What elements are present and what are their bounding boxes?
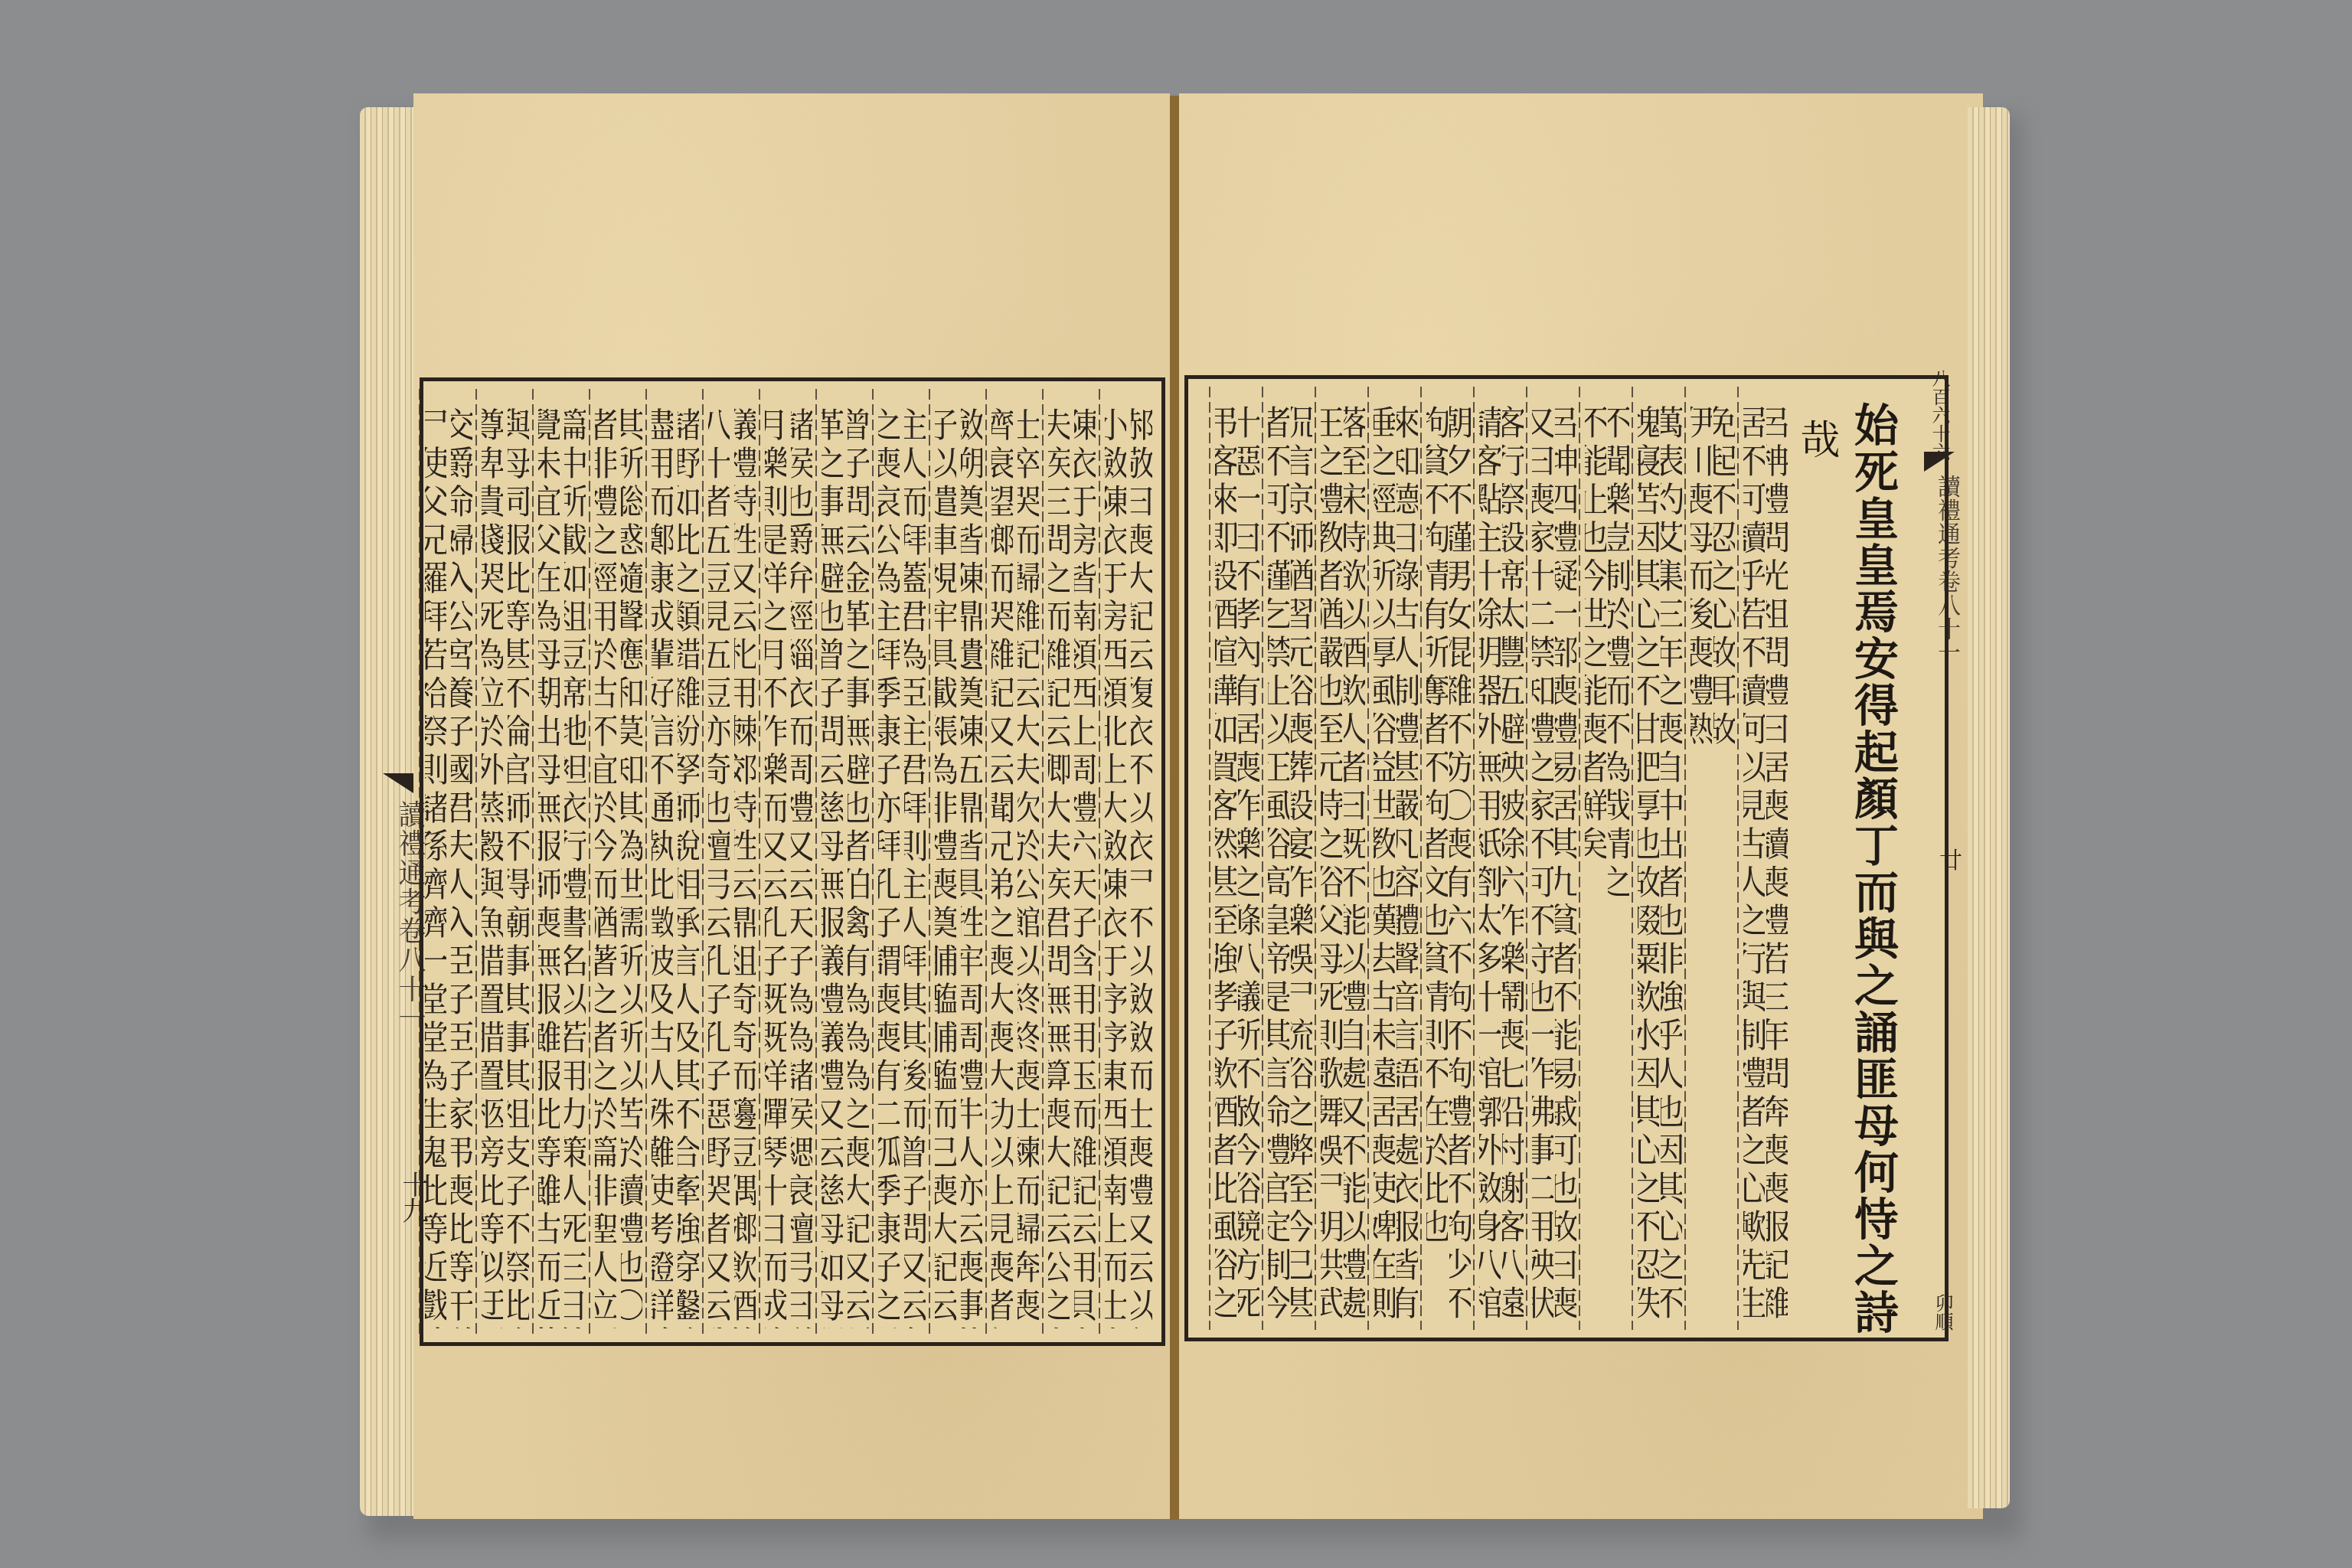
column-left-line: 八十者五豆見五豆亦奇也檀弓云孔子孔子惡野哭者又云孔子哭伯高曰吾哭 — [708, 407, 730, 1328]
book-spine — [1170, 96, 1179, 1520]
column-left-line: 盡用而鄭康成輩好信不通執此徵彼及古人殊難使考證詳確古今異宜亦難 — [652, 407, 673, 1328]
text-column: 諸野如此之類錯雜紛孥師說相承言人及其不合牽強穿鑿誇張自出初學為盡用而鄭康成輩好信… — [652, 407, 699, 1328]
column-rule — [1684, 387, 1686, 1330]
column-rule — [1262, 387, 1263, 1330]
column-right-line: 落至宋時欲以酒飲人者曰既不能以禮自處又不能以禮處人則宋世守先 — [1344, 405, 1365, 1324]
column-rule — [1367, 387, 1369, 1330]
text-column: 主人而拜蓋君為臣主君拜則主人拜其其後而曾子問又云衛靈公弔季桓子之喪哀公為主拜季康… — [878, 407, 926, 1328]
column-right-line: 主人而拜蓋君為臣主君拜則主人拜其其後而曾子問又云衛靈公弔季桓子 — [904, 407, 926, 1328]
column-left-line: 不能止也今世之能喪者鮮矣 — [1585, 405, 1606, 1324]
text-column: 來知德日錄古人制禮甚嚴凡容體聲音言語居處衣服皆有一定之制昭然垂之經典所以厚風俗益… — [1374, 405, 1418, 1324]
column-rule — [475, 389, 477, 1334]
column-left-line: 者不可不謹乞禁止以正風俗高皇帝是其言命禮官定制今載之太明律中 — [1268, 405, 1289, 1324]
column-rule — [1099, 389, 1100, 1334]
poem-line: 始死皇皇焉安得起顏丁而與之誦匪母何恃之詩 — [1841, 402, 1905, 1336]
text-column: 曾子問云金革之事無避也者伯禽有為為為之喪大記又云既卒哭弁絰帶金革之事無避也曾子問… — [822, 407, 869, 1328]
column-rule — [645, 389, 647, 1334]
column-left-line: 居不可讀乎若不讀何以見古人之行與制禮者之心歟先生曰孝子讀此未 — [1743, 405, 1765, 1324]
column-right-line: 呂坤四禮疑一部喪禮易居其九貧者不能易戚可也故曰喪致乎哀而止〇 — [1555, 405, 1576, 1324]
column-right-line: 來知德日錄古人制禮甚嚴凡容體聲音言語居處衣服皆有一定之制昭然 — [1396, 405, 1418, 1324]
text-column: 不聞樂豈制於禮而不為哉情之不能止也今世之能喪者鮮矣 — [1585, 405, 1629, 1324]
column-right-line: 士卒哭而歸雜記云大夫次於公館以終終喪士練而歸奔喪云大功望門而哭 — [1018, 407, 1039, 1328]
column-right-line: 篇中所載如俎豆席地袒衣行禮書名以若用力策人死三日斂之類古人用之今 — [564, 407, 586, 1328]
column-left-line: 覺未宜父在為母期出母無服師喪無服雖服此等雖古而近薄父母為子斬衰妻 — [538, 407, 560, 1328]
column-right-line: 曾子問云金革之事無避也者伯禽有為為為之喪大記又云既卒哭弁絰帶金 — [848, 407, 869, 1328]
column-rule — [872, 389, 874, 1334]
column-right-line: 諸侯也爵弁經緇衣而周禮又云天子為為諸侯緦衰檀弓曰祥而縞是月禫徙 — [791, 407, 812, 1328]
left-margin-page-number: 十九 — [394, 1171, 432, 1223]
column-right-line: 與母同服此等甚不倫官師不得廟事其事其祖支子不祭此等非人情杖不杖視 — [508, 407, 529, 1328]
column-rule — [929, 389, 930, 1334]
column-rule — [532, 389, 534, 1334]
column-left-line: 革之事無避也曾子問云慈母無服儀禮儀禮又云慈母如母服檀弓云天子之哭 — [822, 407, 843, 1328]
column-right-line: 呂柟禮問光祖問禮曰居喪讀喪禮若三年問奔喪喪服記雜記問傳諸篇乎 — [1766, 405, 1788, 1324]
left-page-text-columns: 郝敬曰喪大記云復衣不以衣尸不以斂斂而士喪禮又云以衣尸喪大記云士小斂陳衣于房西領北… — [423, 381, 1161, 1342]
poem-continuation: 哉 — [1788, 419, 1845, 466]
column-rule — [985, 389, 987, 1334]
column-left-line: 子以遣車視牢具載粻為非禮喪奠脯醢脯醢而已喪大記云四鄰賓客弔其君後 — [935, 407, 956, 1328]
text-column: 斂朔奠皆陳鼎遺奠陳五鼎皆具牲牢周周禮牛人亦云喪事共奠牛而雜記有子以遣車視牢具載粻… — [935, 407, 982, 1328]
right-margin-title: 讀禮通考卷八十一 — [1929, 475, 1963, 665]
column-rule — [1315, 387, 1316, 1330]
text-column: 與母同服此等甚不倫官師不得廟事其事其祖支子不祭此等非人情杖不杖視尊卑貴賤哭死為位… — [482, 407, 529, 1328]
column-rule — [1526, 387, 1527, 1330]
column-right-line: 斂朔奠皆陳鼎遺奠陳五鼎皆具牲牢周周禮牛人亦云喪事共奠牛而雜記有 — [961, 407, 982, 1328]
column-left-line: 又曰喪家十二禁知禮之家不可不守也一作佛事二用殃狀三信風水四請 — [1532, 405, 1553, 1324]
right-page-edges — [1968, 107, 2010, 1508]
text-column: 陳衣于房皆南領西上周禮六天子含用用玉而雜記云用貝喪大記云君子大夫疾三問之而雜記云… — [1048, 407, 1096, 1328]
column-right-line: 十惡一曰不孝內有居喪作樂之條八議所不赦今俗競方死即鳴金鼓 — [1238, 405, 1259, 1324]
column-right-line: 陳衣于房皆南領西上周禮六天子含用用玉而雜記云用貝喪大記云君子大 — [1074, 407, 1096, 1328]
left-page-printed-frame: 郝敬曰喪大記云復衣不以衣尸不以斂斂而士喪禮又云以衣尸喪大記云士小斂陳衣于房西領北… — [420, 377, 1165, 1346]
column-rule — [1737, 387, 1739, 1330]
column-rule — [815, 389, 817, 1334]
column-left-line: 之喪哀公為主拜季康子亦拜孔子謂喪喪有二孤季康子之過則後拜又非也 — [878, 407, 900, 1328]
column-left-line: 伊川喪母而後喪禮熟 — [1690, 405, 1712, 1324]
column-rule — [1579, 387, 1580, 1330]
column-left-line: 夫疾三問之而雜記云卿大夫疾君問無無算喪大記云公之喪大夫俟練而歸 — [1048, 407, 1070, 1328]
column-right-line: 客行祭設席太豐五避殃被除六作樂鬧喪七沿村謝客八遠送孝帛作謝九 — [1502, 405, 1524, 1324]
column-rule — [1473, 387, 1475, 1330]
column-left-line: 垂之經典所以厚風俗益世教也漢去古未遠居喪使婢在側尤藥即終身黜 — [1374, 405, 1395, 1324]
right-heading-number: 八百六十六 — [1926, 369, 1953, 461]
column-rule — [1632, 387, 1633, 1330]
text-column: 郝敬曰喪大記云復衣不以衣尸不以斂斂而士喪禮又云以衣尸喪大記云士小斂陳衣于房西領北… — [1105, 407, 1152, 1328]
text-column: 呂坤四禮疑一部喪禮易居其九貧者不能易戚可也故曰喪致乎哀而止〇又曰喪家十二禁知禮之… — [1532, 405, 1576, 1324]
column-left-line: 拘貧不拘情有所奪者不拘者文也貧情則不在於此也 — [1426, 405, 1448, 1324]
text-column: 儀禮特牲又云朼用棘郊特牲云鼎俎奇奇而籩豆偶鄉飲酒義云六十者三豆八十者五豆見五豆亦… — [708, 407, 756, 1328]
text-column: 朝夕不謹男女混雜不防〇喪有六不拘不拘禮者不拘少不拘病不拘貧不拘情有所奪者不拘者文… — [1426, 405, 1471, 1324]
column-left-line: 弔客來即設酒喧譁如賀客然甚至強孝子飲酒者此風俗之至惡者也 — [1215, 405, 1236, 1324]
column-rule — [1042, 389, 1044, 1334]
column-left-line: 王之禮教者猶嚴也至元時之俗父母死則歌舞娛尸明洪武戊申御史高元 — [1321, 405, 1342, 1324]
column-right-line: 萬表灼艾集三年之喪自中出者也非強乎人也因其心之不安苫簟也故枕 — [1661, 405, 1682, 1324]
text-column: 諸侯也爵弁經緇衣而周禮又云天子為為諸侯緦衰檀弓曰祥而縞是月禫徙月樂則是祥之月不作… — [765, 407, 812, 1328]
text-column: 十惡一曰不孝內有居喪作樂之條八議所不赦今俗競方死即鳴金鼓弔客來即設酒喧譁如賀客然… — [1215, 405, 1259, 1324]
text-column: 客行祭設席太豐五避殃被除六作樂鬧喪七沿村謝客八遠送孝帛作謝九請客點主十除明器外無… — [1479, 405, 1524, 1324]
text-column: 篇中所載如俎豆席地袒衣行禮書名以若用力策人死三日斂之類古人用之今覺未宜父在為母期… — [538, 407, 586, 1328]
column-right-line: 其所聡惑隨聲應和莫知其偽世儒所以所以苦於讀禮也〇又曰凡禮不可常行 — [621, 407, 642, 1328]
column-right-line: 不聞樂豈制於禮而不為哉情之 — [1608, 405, 1629, 1324]
column-left-line: 小斂陳衣于房西領北上大斂陳衣于序序東西領南上而士喪禮云大小斂皆 — [1105, 407, 1126, 1328]
text-column: 其所聡惑隨聲應和莫知其偽世儒所以所以苦於讀禮也〇又曰凡禮不可常行者非禮之經用於古… — [595, 407, 642, 1328]
text-column: 侃言京師猶習元俗喪葬設宴作樂娛尸流俗之弊至今已甚送終尤禮之大者不可不謹乞禁止以正… — [1268, 405, 1312, 1324]
column-rule — [759, 389, 760, 1334]
text-column: 呂柟禮問光祖問禮曰居喪讀喪禮若三年問奔喪喪服記雜記問傳諸篇乎居不可讀乎若不讀何以… — [1743, 405, 1788, 1324]
right-margin-page-number: 廿 — [1931, 848, 1965, 871]
column-right-line: 諸野如此之類錯雜紛孥師說相承言人及其不合牽強穿鑿誇張自出初學為 — [678, 407, 699, 1328]
text-column: 落至宋時欲以酒飲人者曰既不能以禮自處又不能以禮處人則宋世守先王之禮教者猶嚴也至元… — [1321, 405, 1365, 1324]
column-rule — [1420, 387, 1422, 1330]
column-left-line: 齊衰望鄉而哭雜記又云聞兄弟之喪大喪大功以上見喪者之鄉而哭士喪禮小 — [991, 407, 1013, 1328]
right-margin-bottom-mark: 卯順 — [1929, 1294, 1956, 1331]
right-page-text-columns: 呂柟禮問光祖問禮曰居喪讀喪禮若三年問奔喪喪服記雜記問傳諸篇乎居不可讀乎若不讀何以… — [1188, 379, 1945, 1338]
column-right-line: 儀禮特牲又云朼用棘郊特牲云鼎俎奇奇而籩豆偶鄉飲酒義云六十者三豆 — [734, 407, 756, 1328]
column-right-line: 朝夕不謹男女混雜不防〇喪有六不拘不拘禮者不拘少不拘病不 — [1449, 405, 1471, 1324]
column-left-line: 塊寢苫因其心之不甘肥厚也故啜粟飲水因其心之不忍佚樂也故居外次 — [1638, 405, 1659, 1324]
text-column: 免起不忍之心故耳故伊川喪母而後喪禮熟 — [1690, 405, 1735, 1324]
column-left-line: 請客點主十除明器外無用紙劄太多十一棺槨外斂身八棺太美十二門戶 — [1479, 405, 1501, 1324]
column-left-line: 月樂則是祥之月不作樂而又云孔子既既祥彈琴十日而成笙歌雜記朼用桑 — [765, 407, 786, 1328]
text-column: 交爵命婦入公宮養子國君夫人入臣子臣子家弔喪此等干嫌疑祭祀用子弟為尸使父兄羅拜若祫… — [425, 407, 472, 1328]
left-margin-title: 讀禮通考卷八十一 — [390, 800, 430, 1033]
column-rule — [702, 389, 704, 1334]
column-right-line: 侃言京師猶習元俗喪葬設宴作樂娛尸流俗之弊至今已甚送終尤禮之大 — [1291, 405, 1312, 1324]
column-right-line: 交爵命婦入公宮養子國君夫人入臣子臣子家弔喪此等干嫌疑祭祀用子弟為 — [451, 407, 472, 1328]
column-rule — [589, 389, 590, 1334]
column-rule — [1209, 387, 1210, 1330]
text-column: 士卒哭而歸雜記云大夫次於公館以終終喪士練而歸奔喪云大功望門而哭齊衰望鄉而哭雜記又… — [991, 407, 1039, 1328]
column-left-line: 尊卑貴賤哭死為位於外蒸穀與魚腊置腊置柩旁此等似迂闊國君享賓夫人出 — [482, 407, 503, 1328]
column-left-line: 者非禮之經用於古不宜於今而猶著之者之於篇非聖人立經之意也即四十九 — [595, 407, 616, 1328]
column-right-line: 郝敬曰喪大記云復衣不以衣尸不以斂斂而士喪禮又云以衣尸喪大記云士 — [1131, 407, 1152, 1328]
text-column: 萬表灼艾集三年之喪自中出者也非強乎人也因其心之不安苫簟也故枕塊寢苫因其心之不甘肥… — [1638, 405, 1682, 1324]
column-right-line: 免起不忍之心故耳故 — [1713, 405, 1735, 1324]
right-page-printed-frame: 呂柟禮問光祖問禮曰居喪讀喪禮若三年問奔喪喪服記雜記問傳諸篇乎居不可讀乎若不讀何以… — [1184, 375, 1949, 1341]
